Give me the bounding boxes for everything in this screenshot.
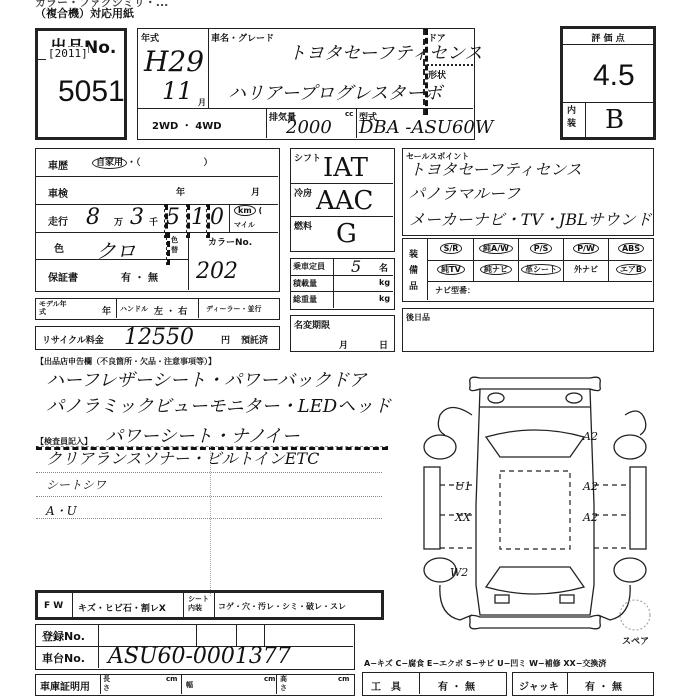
score-box: 評 価 点 4.5 内装 B (560, 26, 656, 140)
car-name-line1: トヨタセーフティセンス (288, 39, 482, 65)
color-change-label: 色替 (171, 235, 181, 255)
dealer-options: ディーラー・並行 (206, 304, 261, 314)
jack-row: ジャッキ 有 ・ 無 (512, 672, 654, 696)
equip-alloy-wheels: 純A/W (475, 239, 517, 259)
equip-power-windows: P/W (565, 239, 607, 259)
equip-sunroof: S/R (430, 239, 472, 259)
score-label: 評 価 点 (563, 31, 653, 44)
seller-note-2: パノラミックビューモニター・LEDヘッド (46, 392, 391, 418)
shape-label: 形状 (428, 68, 446, 81)
history-label: 車歴 (48, 157, 68, 172)
displacement-value: 2000 (286, 117, 332, 138)
equip-navi: 純ナビ (475, 260, 517, 280)
vehicle-info-block: 年式 H29 11 月 車名・グレード トヨタセーフティセンス ハリアープログレ… (137, 28, 475, 140)
interior-label: 内装 (567, 105, 579, 131)
car-name-label: 車名・グレード (211, 31, 274, 44)
registration-box: 登録No. 車台No. ASU60-0001377 (35, 624, 355, 670)
damage-legend: A−キズ C−腐食 E−エクボ S−サビ U−凹ミ W−補修 XX−交換済 (364, 658, 606, 669)
drive-type: 2WD ・ 4WD (152, 117, 222, 132)
recycle-fee-row: リサイクル料金 12550 円 預託済 (35, 326, 280, 350)
auction-sheet: カラー・ファクシミリ・... （複合機）対応用紙 出品No. [2011] 50… (0, 0, 700, 700)
capacity-box: 乗車定員 5 名 積載量 kg 総重量 kg (290, 258, 395, 310)
year-month: 11 (162, 77, 193, 105)
recycle-value: 12550 (124, 325, 194, 350)
score-value: 4.5 (593, 59, 635, 93)
seller-note-1: ハーフレザーシート・パワーバックドア (46, 366, 367, 392)
navi-model-label: ナビ型番： (435, 285, 475, 296)
seat-options: コゲ・穴・汚レ・シミ・破レ・スレ (218, 601, 346, 612)
lot-number: 5051 (58, 75, 125, 109)
later-items-box: 後日品 (402, 308, 654, 352)
door-label: ドア (428, 31, 446, 44)
year-label: 年式 (141, 31, 159, 44)
inspector-note-1: パワーシート・ナノイー (105, 422, 300, 448)
inspection-label: 車検 (48, 185, 68, 200)
car-name-grade: ハリアープログレスターボ (228, 79, 442, 105)
header-subtitle: （複合機）対応用紙 (35, 5, 134, 21)
drivetrain-box: シフト IAT 冷房 AAC 燃料 G (290, 148, 395, 252)
equip-power-steering: P/S (520, 239, 562, 259)
mileage-man: 8 (86, 205, 100, 230)
chassis-number: ASU60-0001377 (108, 644, 291, 669)
fuel-value: G (336, 219, 357, 249)
tools-row: 工 具 有 ・ 無 (362, 672, 507, 696)
fw-seat-row: F W キズ・ヒビ石・割レX シート内装 コゲ・穴・汚レ・シミ・破レ・スレ (35, 590, 384, 620)
mark-front-right: A2 (583, 430, 598, 443)
name-change-box: 名変期限 月 日 (290, 315, 395, 352)
inspector-note-2: クリアランスソナー・ビルトインETC (46, 446, 319, 469)
recycle-label: リサイクル料金 (42, 333, 104, 346)
registration-label: 登録No. (42, 628, 85, 644)
shift-value: IAT (323, 153, 368, 183)
interior-score: B (605, 105, 624, 135)
model-code: DBA -ASU60W (359, 117, 493, 138)
ac-value: AAC (316, 186, 373, 216)
fw-options: キズ・ヒビ石・割レX (78, 601, 166, 614)
sales-point-2: パノラマルーフ (409, 181, 520, 204)
color-value: クロ (96, 235, 136, 264)
equipment-box: 装備品 S/R 純A/W P/S P/W ABS 純TV 純ナビ 革シート 外ナ… (402, 238, 654, 302)
mark-left-rear: W2 (450, 566, 468, 579)
car-damage-diagram (400, 375, 670, 645)
lot-year-tag: [2011] (48, 47, 88, 60)
warranty-label: 保証書 (48, 269, 78, 284)
inspector-note-4: A・U (46, 502, 77, 519)
model-year-row: モデル年式 年 ハンドル 左 ・ 右 ディーラー・並行 (35, 298, 280, 320)
warranty-options: 有 ・ 無 (121, 269, 158, 284)
mileage-sen: 3 (130, 205, 144, 230)
color-no-label: カラーNo. (208, 235, 252, 248)
lot-number-box: 出品No. [2011] 5051 (35, 28, 127, 140)
history-value: 自家用・（ ） (92, 155, 213, 168)
mileage-label: 走行 (48, 213, 68, 228)
equip-leather-seats: 革シート (520, 260, 562, 280)
spare-label: スペア (622, 634, 649, 647)
equip-tv: 純TV (430, 260, 472, 280)
vehicle-detail-table: 車歴 自家用・（ ） 車検 年 月 走行 8 万 3 千 5 1 0 km ( … (35, 148, 280, 292)
handle-options: 左 ・ 右 (154, 304, 187, 317)
chassis-label: 車台No. (42, 650, 85, 666)
equip-abs: ABS (610, 239, 652, 259)
color-no-value: 202 (196, 259, 238, 284)
mark-right-rear-door: A2 (583, 511, 598, 524)
equip-aftermarket-navi: 外ナビ (565, 260, 607, 280)
sales-point-3: メーカーナビ・TV・JBLサウンド (409, 207, 652, 230)
equipment-label: 装備品 (409, 247, 419, 295)
mileage-unit-km: km ( (234, 206, 262, 215)
mileage-d1: 5 (166, 205, 180, 230)
garage-cert-row: 車庫証明用 長さ cm 幅 cm 高さ cm (35, 674, 355, 696)
color-label: 色 (54, 240, 64, 255)
mileage-d2: 1 (191, 205, 205, 230)
year-era: H29 (144, 45, 204, 78)
inspector-note-3: シートシワ (46, 476, 106, 493)
mark-left-front-door: U1 (455, 480, 471, 493)
mileage-d3: 0 (210, 205, 224, 230)
capacity-value: 5 (351, 257, 361, 276)
sales-points-box: セールスポイント トヨタセーフティセンス パノラマルーフ メーカーナビ・TV・J… (402, 148, 654, 236)
mark-left-rear-door: XX (455, 511, 471, 524)
mark-right-front-door: A2 (583, 480, 598, 493)
sales-point-1: トヨタセーフティセンス (409, 157, 582, 180)
equip-airbag: エアB (610, 260, 652, 280)
